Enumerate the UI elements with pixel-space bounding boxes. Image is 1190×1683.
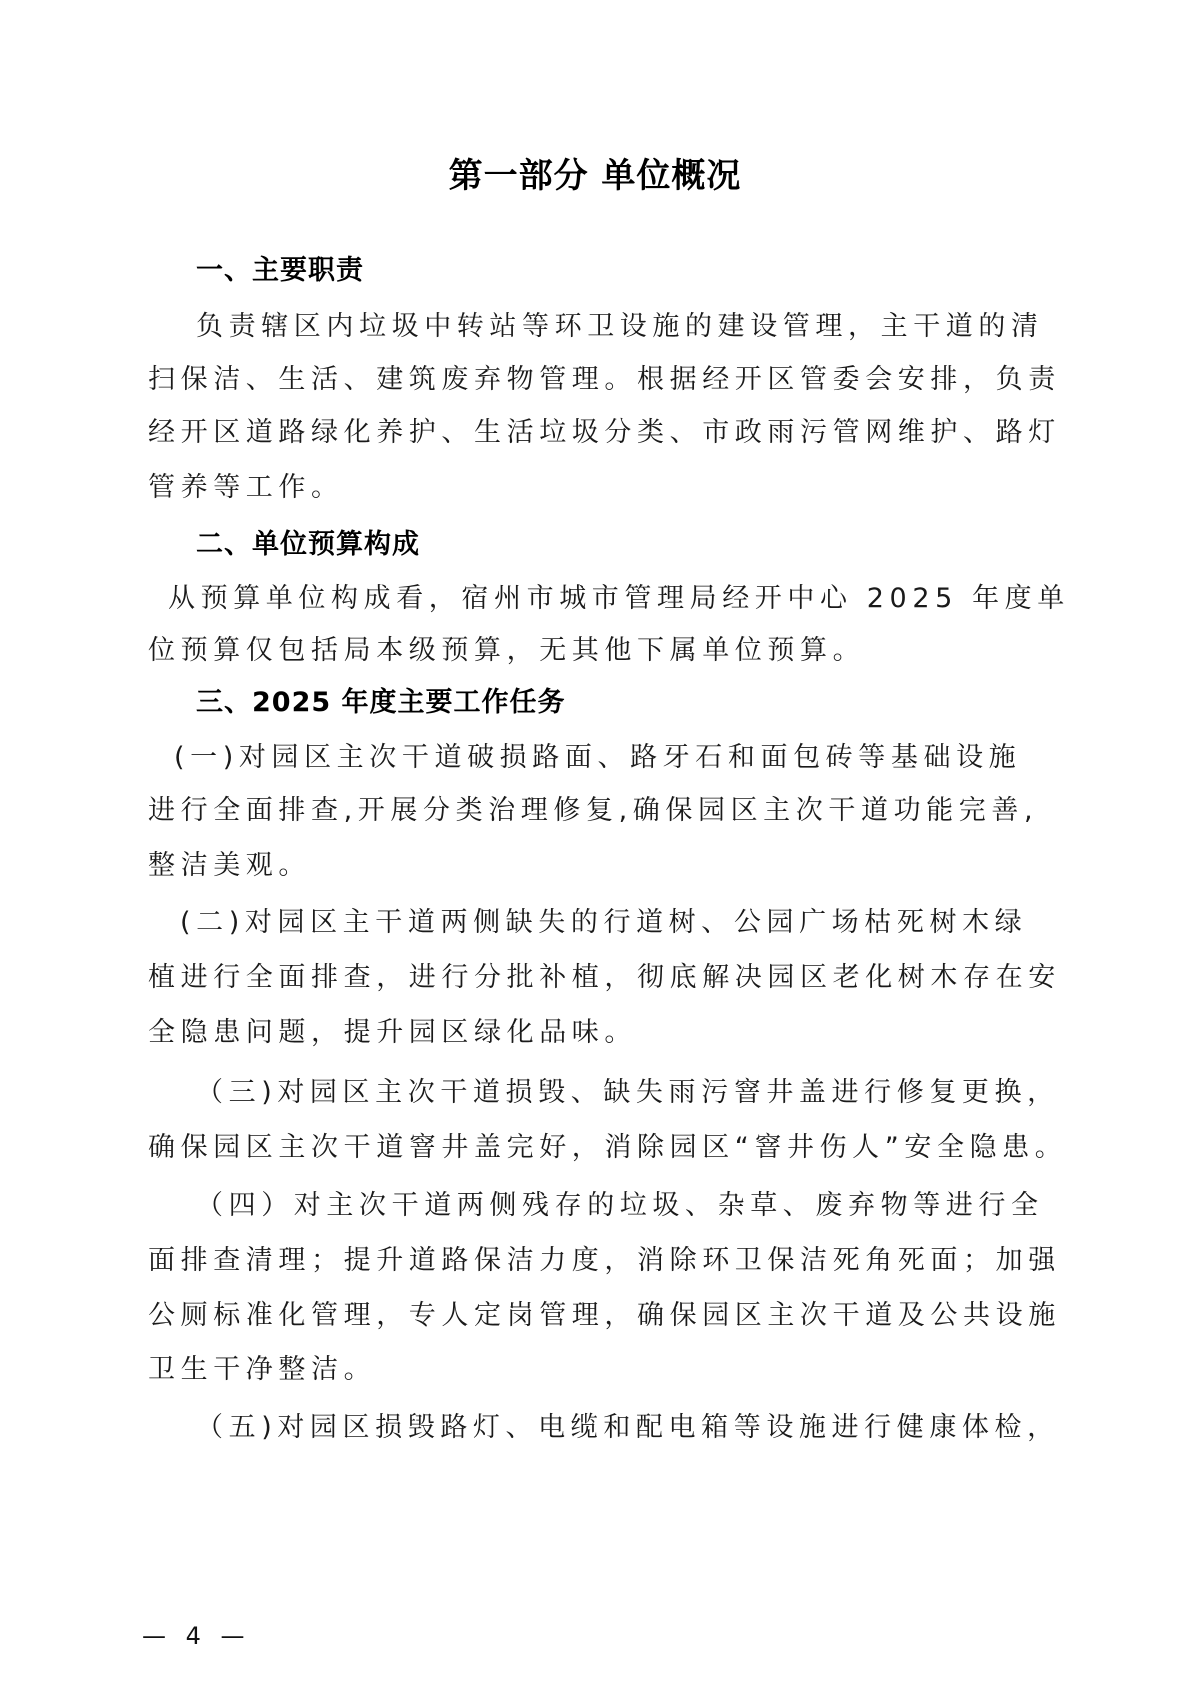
task-item-line: 进行全面排查,开展分类治理修复,确保园区主次干道功能完善,	[148, 793, 1038, 829]
paragraph-line: 位预算仅包括局本级预算，无其他下属单位预算。	[148, 633, 865, 669]
paragraph-line: 扫保洁、生活、建筑废弃物管理。根据经开区管委会安排，负责	[148, 362, 1061, 398]
section-heading-work-tasks: 三、2025 年度主要工作任务	[196, 685, 566, 721]
task-item-line: 公厕标准化管理，专人定岗管理，确保园区主次干道及公共设施	[148, 1298, 1061, 1334]
paragraph-line: 管养等工作。	[148, 470, 344, 506]
section-heading-budget-structure: 二、单位预算构成	[196, 527, 420, 563]
paragraph-line: 负责辖区内垃圾中转站等环卫设施的建设管理，主干道的清	[196, 309, 1044, 345]
task-item-line: (一)对园区主次干道破损路面、路牙石和面包砖等基础设施	[174, 740, 1021, 776]
section-heading-main-duties: 一、主要职责	[196, 253, 364, 289]
task-item-line: 卫生干净整洁。	[148, 1352, 376, 1388]
task-item-line: 确保园区主次干道窨井盖完好，消除园区“窨井伤人”安全隐患。	[148, 1130, 1067, 1166]
page-title: 第一部分 单位概况	[0, 148, 1190, 197]
task-item-line: 面排查清理；提升道路保洁力度，消除环卫保洁死角死面；加强	[148, 1243, 1061, 1279]
page-number: — 4 —	[142, 1622, 251, 1650]
task-item-line: （五)对园区损毁路灯、电缆和配电箱等设施进行健康体检，	[196, 1410, 1060, 1446]
task-item-line: (二)对园区主干道两侧缺失的行道树、公园广场枯死树木绿	[180, 905, 1027, 941]
task-item-line: （三)对园区主次干道损毁、缺失雨污窨井盖进行修复更换，	[196, 1075, 1060, 1111]
task-item-line: 全隐患问题，提升园区绿化品味。	[148, 1015, 637, 1051]
task-item-line: 植进行全面排查，进行分批补植，彻底解决园区老化树木存在安	[148, 960, 1061, 996]
task-item-line: （四）对主次干道两侧残存的垃圾、杂草、废弃物等进行全	[196, 1188, 1044, 1224]
paragraph-line: 经开区道路绿化养护、生活垃圾分类、市政雨污管网维护、路灯	[148, 415, 1061, 451]
paragraph-line: 从预算单位构成看，宿州市城市管理局经开中心 2025 年度单	[168, 581, 1070, 617]
document-page: 第一部分 单位概况 一、主要职责 负责辖区内垃圾中转站等环卫设施的建设管理，主干…	[0, 0, 1190, 1683]
task-item-line: 整洁美观。	[148, 848, 311, 884]
